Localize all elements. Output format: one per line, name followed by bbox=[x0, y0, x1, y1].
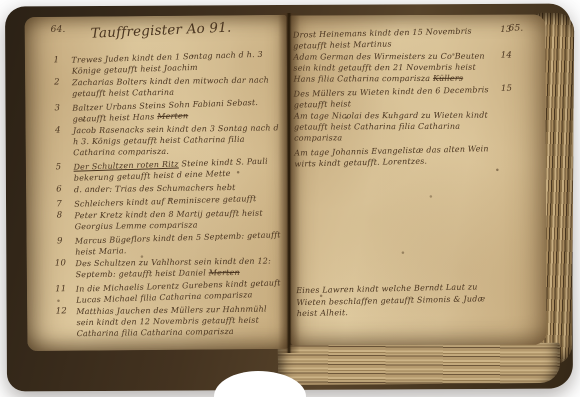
page-edge-stack-bottom bbox=[278, 343, 560, 385]
entry-text: Schleichers kindt auf Reminiscere getauf… bbox=[74, 194, 256, 209]
entry-number: 1 bbox=[41, 55, 72, 78]
register-entry: 10 Des Schultzen zu Vahlhorst sein kindt… bbox=[45, 255, 285, 280]
entries-list-left: 1 Trewes Juden kindt den 1 Sontag nach d… bbox=[41, 50, 286, 343]
register-heading: Tauffregister Ao 91. bbox=[90, 18, 271, 42]
book-gutter bbox=[278, 13, 300, 353]
left-page-number: 64. bbox=[51, 25, 66, 35]
register-entry: 3 Baltzer Urbans Steins Sohn Fabiani Seb… bbox=[42, 96, 283, 126]
register-entry: 8 Peter Kretz kindt den 8 Martij getauff… bbox=[44, 207, 284, 232]
entry-number: 3 bbox=[42, 103, 73, 126]
entry-text: Des Müllers zu Wieten kindt den 6 Decemb… bbox=[294, 85, 489, 109]
entry-number: 9 bbox=[45, 236, 76, 259]
footer-entry: Eines Lawren kindt welche Berndt Laut zu… bbox=[296, 281, 497, 320]
entry-text-struck: Küllers bbox=[433, 74, 463, 83]
register-entry: 11 In die Michaelis Lorentz Gurebens kin… bbox=[46, 277, 287, 307]
entry-text: Am tage Nicolai des Kuhgard zu Wieten ki… bbox=[294, 111, 488, 143]
entry-number: 11 bbox=[46, 284, 77, 307]
entry-number: 14 bbox=[491, 50, 521, 83]
entry-text: Peter Kretz kindt den 8 Martij getaufft … bbox=[74, 209, 262, 232]
register-entry: 13 Drost Heinemans kindt den 15 Novembri… bbox=[293, 24, 521, 51]
entry-text-struck: Merten bbox=[209, 268, 240, 277]
register-entry: 2 Zacharias Bolters kindt den mitwoch da… bbox=[42, 74, 282, 99]
entry-text: Drost Heinemans kindt den 15 Novembris g… bbox=[293, 27, 472, 51]
entry-number: 10 bbox=[45, 258, 75, 280]
entry-text-struck: Merten bbox=[157, 111, 188, 121]
entry-text-underlined: Der Schultzen roten Ritz bbox=[73, 159, 179, 171]
entry-text: Zacharias Bolters kindt den mitwoch dar … bbox=[72, 75, 269, 98]
entry-text: Trewes Juden kindt den 1 Sontag nach d h… bbox=[71, 50, 263, 76]
entry-number bbox=[492, 142, 522, 165]
entry-text: d. ander: Trias des Schumachers hebt bbox=[74, 183, 236, 194]
left-page: 64. Tauffregister Ao 91. 1 Trewes Juden … bbox=[25, 15, 290, 351]
register-entry: Am tage Nicolai des Kuhgard zu Wieten ki… bbox=[294, 109, 522, 143]
entry-number: 4 bbox=[43, 125, 73, 158]
register-entry: Am tage Johannis Evangelistæ das alten W… bbox=[294, 142, 522, 169]
register-entry: 4 Jacob Rasenacks sein kindt den 3 Sonta… bbox=[43, 122, 283, 158]
entry-number: 13 bbox=[491, 24, 521, 47]
register-entry: 1 Trewes Juden kindt den 1 Sontag nach d… bbox=[41, 48, 282, 78]
entries-list-right: 13 Drost Heinemans kindt den 15 Novembri… bbox=[293, 26, 522, 170]
entry-number: 5 bbox=[43, 162, 74, 185]
entry-number: 15 bbox=[491, 83, 521, 106]
entry-number: 12 bbox=[46, 306, 76, 339]
entry-number: 8 bbox=[44, 210, 74, 232]
entry-number: 6 bbox=[44, 184, 74, 195]
register-entry: 15 Des Müllers zu Wieten kindt den 6 Dec… bbox=[293, 83, 521, 110]
entry-number: 2 bbox=[42, 77, 72, 99]
entry-text: Am tage Johannis Evangelistæ das alten W… bbox=[294, 144, 489, 168]
entry-text: Matthias Jauchen des Müllers zur Hahnmüh… bbox=[76, 305, 266, 339]
entry-text: Jacob Rasenacks sein kindt den 3 Sontag … bbox=[73, 123, 279, 157]
right-page: 65. 13 Drost Heinemans kindt den 15 Nove… bbox=[289, 15, 546, 346]
register-entry: 9 Marcus Bügeflors kindt den 5 Septemb: … bbox=[45, 229, 286, 259]
entry-text: In die Michaelis Lorentz Gurebens kindt … bbox=[76, 278, 281, 304]
entry-text: Marcus Bügeflors kindt den 5 Septemb: ge… bbox=[75, 230, 281, 256]
register-entry: 14 Adam German des Wirmeisters zu Co Beu… bbox=[293, 50, 521, 84]
entry-number bbox=[492, 109, 522, 142]
entry-text: Des Schultzen zu Vahlhorst sein kindt de… bbox=[75, 256, 271, 279]
book-photo: 64. Tauffregister Ao 91. 1 Trewes Juden … bbox=[0, 0, 580, 397]
register-entry: 12 Matthias Jauchen des Müllers zur Hahn… bbox=[46, 303, 286, 339]
register-entry: 5 Der Schultzen roten Ritz Steine kindt … bbox=[43, 155, 284, 185]
entry-number: 7 bbox=[44, 199, 74, 211]
